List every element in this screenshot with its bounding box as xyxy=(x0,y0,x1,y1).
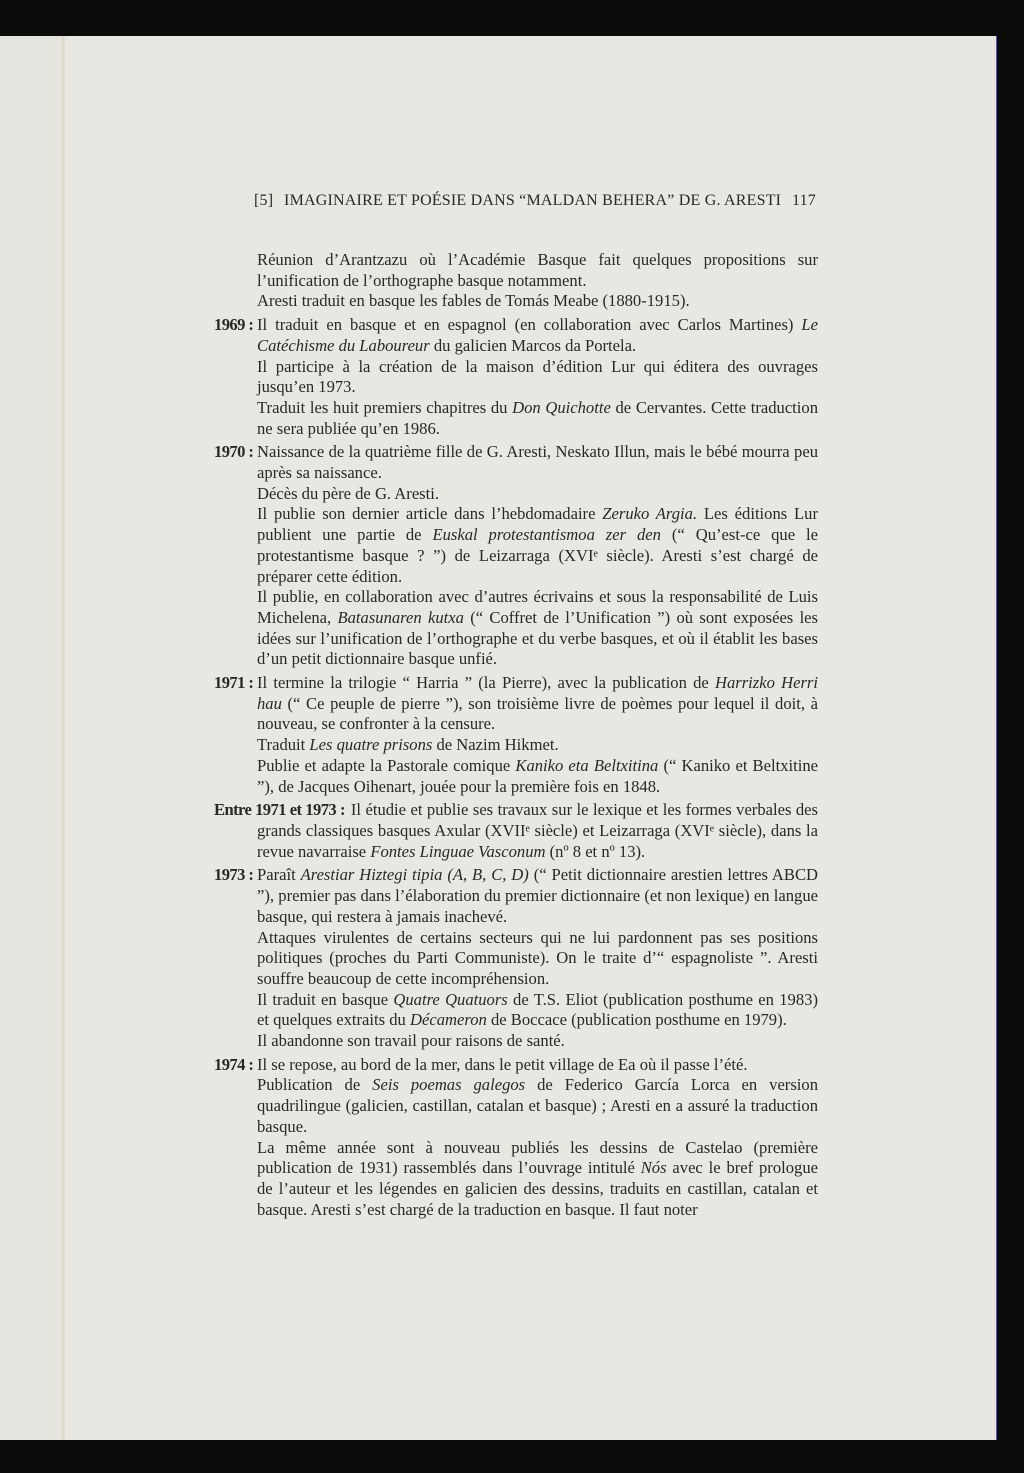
chronology-entry: 1973 :Paraît Arestiar Hiztegi tipia (A, … xyxy=(214,865,818,1051)
work-title: Don Quichotte xyxy=(512,398,611,417)
section-number: [5] xyxy=(254,192,273,210)
entry-year: 1970 : xyxy=(214,442,257,670)
entry-year: 1969 : xyxy=(214,315,257,439)
entry-year: 1971 : xyxy=(214,673,257,797)
entry-body: Naissance de la quatrième fille de G. Ar… xyxy=(257,442,818,670)
text-run: Il termine la trilogie “ Harria ” (la Pi… xyxy=(257,673,715,692)
text-run: (nº 8 et nº 13). xyxy=(545,842,645,861)
entry-paragraph: Il publie son dernier article dans l’heb… xyxy=(257,504,818,587)
entry-paragraph: Attaques virulentes de certains secteurs… xyxy=(257,928,818,990)
entry-paragraph: Paraît Arestiar Hiztegi tipia (A, B, C, … xyxy=(257,865,818,927)
work-title: Nós xyxy=(641,1158,667,1177)
entry-paragraph: Il termine la trilogie “ Harria ” (la Pi… xyxy=(257,673,818,735)
entry-paragraph: Publie et adapte la Pastorale comique Ka… xyxy=(257,756,818,797)
text-run: (“ Ce peuple de pierre ”), son troisième… xyxy=(257,694,818,734)
text-run: Réunion d’Arantzazu où l’Académie Basque… xyxy=(257,250,818,290)
text-run: de Nazim Hikmet. xyxy=(432,735,558,754)
chronology-entry: 1971 :Il termine la trilogie “ Harria ” … xyxy=(214,673,818,797)
entry-paragraph: Il traduit en basque et en espagnol (en … xyxy=(257,315,818,356)
work-title: Kaniko eta Beltxitina xyxy=(515,756,658,775)
entry-year: Entre 1971 et 1973 : xyxy=(214,800,345,819)
entry-paragraph: Traduit les huit premiers chapitres du D… xyxy=(257,398,818,439)
entry-paragraph: Aresti traduit en basque les fables de T… xyxy=(257,291,818,312)
work-title: Fontes Linguae Vasconum xyxy=(370,842,545,861)
text-run: Naissance de la quatrième fille de G. Ar… xyxy=(257,442,818,482)
chronology-list: Réunion d’Arantzazu où l’Académie Basque… xyxy=(214,250,818,1223)
entry-paragraph: Il participe à la création de la maison … xyxy=(257,357,818,398)
work-title: Les quatre prisons xyxy=(309,735,432,754)
text-run: Publie et adapte la Pastorale comique xyxy=(257,756,515,775)
work-title: Seis poemas galegos xyxy=(372,1075,525,1094)
chronology-entry: 1970 :Naissance de la quatrième fille de… xyxy=(214,442,818,670)
work-title: Arestiar Hiztegi tipia (A, B, C, D) xyxy=(301,865,529,884)
facing-page-edge xyxy=(0,36,63,1440)
text-run: Aresti traduit en basque les fables de T… xyxy=(257,291,690,310)
entry-body: Paraît Arestiar Hiztegi tipia (A, B, C, … xyxy=(257,865,818,1051)
entry-paragraph: Publication de Seis poemas galegos de Fe… xyxy=(257,1075,818,1137)
entry-paragraph: Traduit Les quatre prisons de Nazim Hikm… xyxy=(257,735,818,756)
text-run: Traduit les huit premiers chapitres du xyxy=(257,398,512,417)
chronology-entry: 1969 :Il traduit en basque et en espagno… xyxy=(214,315,818,439)
document-page: [5] IMAGINAIRE ET POÉSIE DANS “MALDAN BE… xyxy=(66,36,997,1440)
work-title: Euskal protestantismoa zer den xyxy=(432,525,661,544)
entry-body: Il termine la trilogie “ Harria ” (la Pi… xyxy=(257,673,818,797)
text-run: Publication de xyxy=(257,1075,372,1094)
text-run: Paraît xyxy=(257,865,301,884)
text-run: Il se repose, au bord de la mer, dans le… xyxy=(257,1055,748,1074)
entry-year xyxy=(214,250,257,312)
entry-body: Il traduit en basque et en espagnol (en … xyxy=(257,315,818,439)
text-run: Décès du père de G. Aresti. xyxy=(257,484,439,503)
entry-year: 1974 : xyxy=(214,1055,257,1221)
entry-body: Réunion d’Arantzazu où l’Académie Basque… xyxy=(257,250,818,312)
work-title: Zeruko Argia. xyxy=(602,504,697,523)
text-run: Il participe à la création de la maison … xyxy=(257,357,818,397)
entry-paragraph: Il publie, en collaboration avec d’autre… xyxy=(257,587,818,670)
entry-paragraph: Il abandonne son travail pour raisons de… xyxy=(257,1031,818,1052)
work-title: Décameron xyxy=(410,1010,487,1029)
entry-paragraph: Réunion d’Arantzazu où l’Académie Basque… xyxy=(257,250,818,291)
chronology-entry: Réunion d’Arantzazu où l’Académie Basque… xyxy=(214,250,818,312)
text-run: Attaques virulentes de certains secteurs… xyxy=(257,928,818,988)
text-run: Il traduit en basque et en espagnol (en … xyxy=(257,315,801,334)
entry-paragraph: Naissance de la quatrième fille de G. Ar… xyxy=(257,442,818,483)
entry-paragraph: Décès du père de G. Aresti. xyxy=(257,484,818,505)
chronology-entry: Entre 1971 et 1973 :Il étudie et publie … xyxy=(214,800,818,862)
running-title: IMAGINAIRE ET POÉSIE DANS “MALDAN BEHERA… xyxy=(284,192,781,210)
work-title: Batasunaren kutxa xyxy=(337,608,463,627)
entry-paragraph: Il traduit en basque Quatre Quatuors de … xyxy=(257,990,818,1031)
work-title: Quatre Quatuors xyxy=(393,990,507,1009)
text-run: du galicien Marcos da Portela. xyxy=(430,336,636,355)
text-run: Traduit xyxy=(257,735,309,754)
entry-paragraph: La même année sont à nouveau publiés les… xyxy=(257,1138,818,1221)
page-number: 117 xyxy=(792,192,816,210)
entry-year: 1973 : xyxy=(214,865,257,1051)
text-run: Il traduit en basque xyxy=(257,990,393,1009)
entry-paragraph: Il se repose, au bord de la mer, dans le… xyxy=(257,1055,818,1076)
text-run: Il publie son dernier article dans l’heb… xyxy=(257,504,602,523)
text-run: Il abandonne son travail pour raisons de… xyxy=(257,1031,565,1050)
chronology-entry: 1974 :Il se repose, au bord de la mer, d… xyxy=(214,1055,818,1221)
text-run: de Boccace (publication posthume en 1979… xyxy=(487,1010,787,1029)
running-header: [5] IMAGINAIRE ET POÉSIE DANS “MALDAN BE… xyxy=(254,192,820,210)
entry-body: Il se repose, au bord de la mer, dans le… xyxy=(257,1055,818,1221)
